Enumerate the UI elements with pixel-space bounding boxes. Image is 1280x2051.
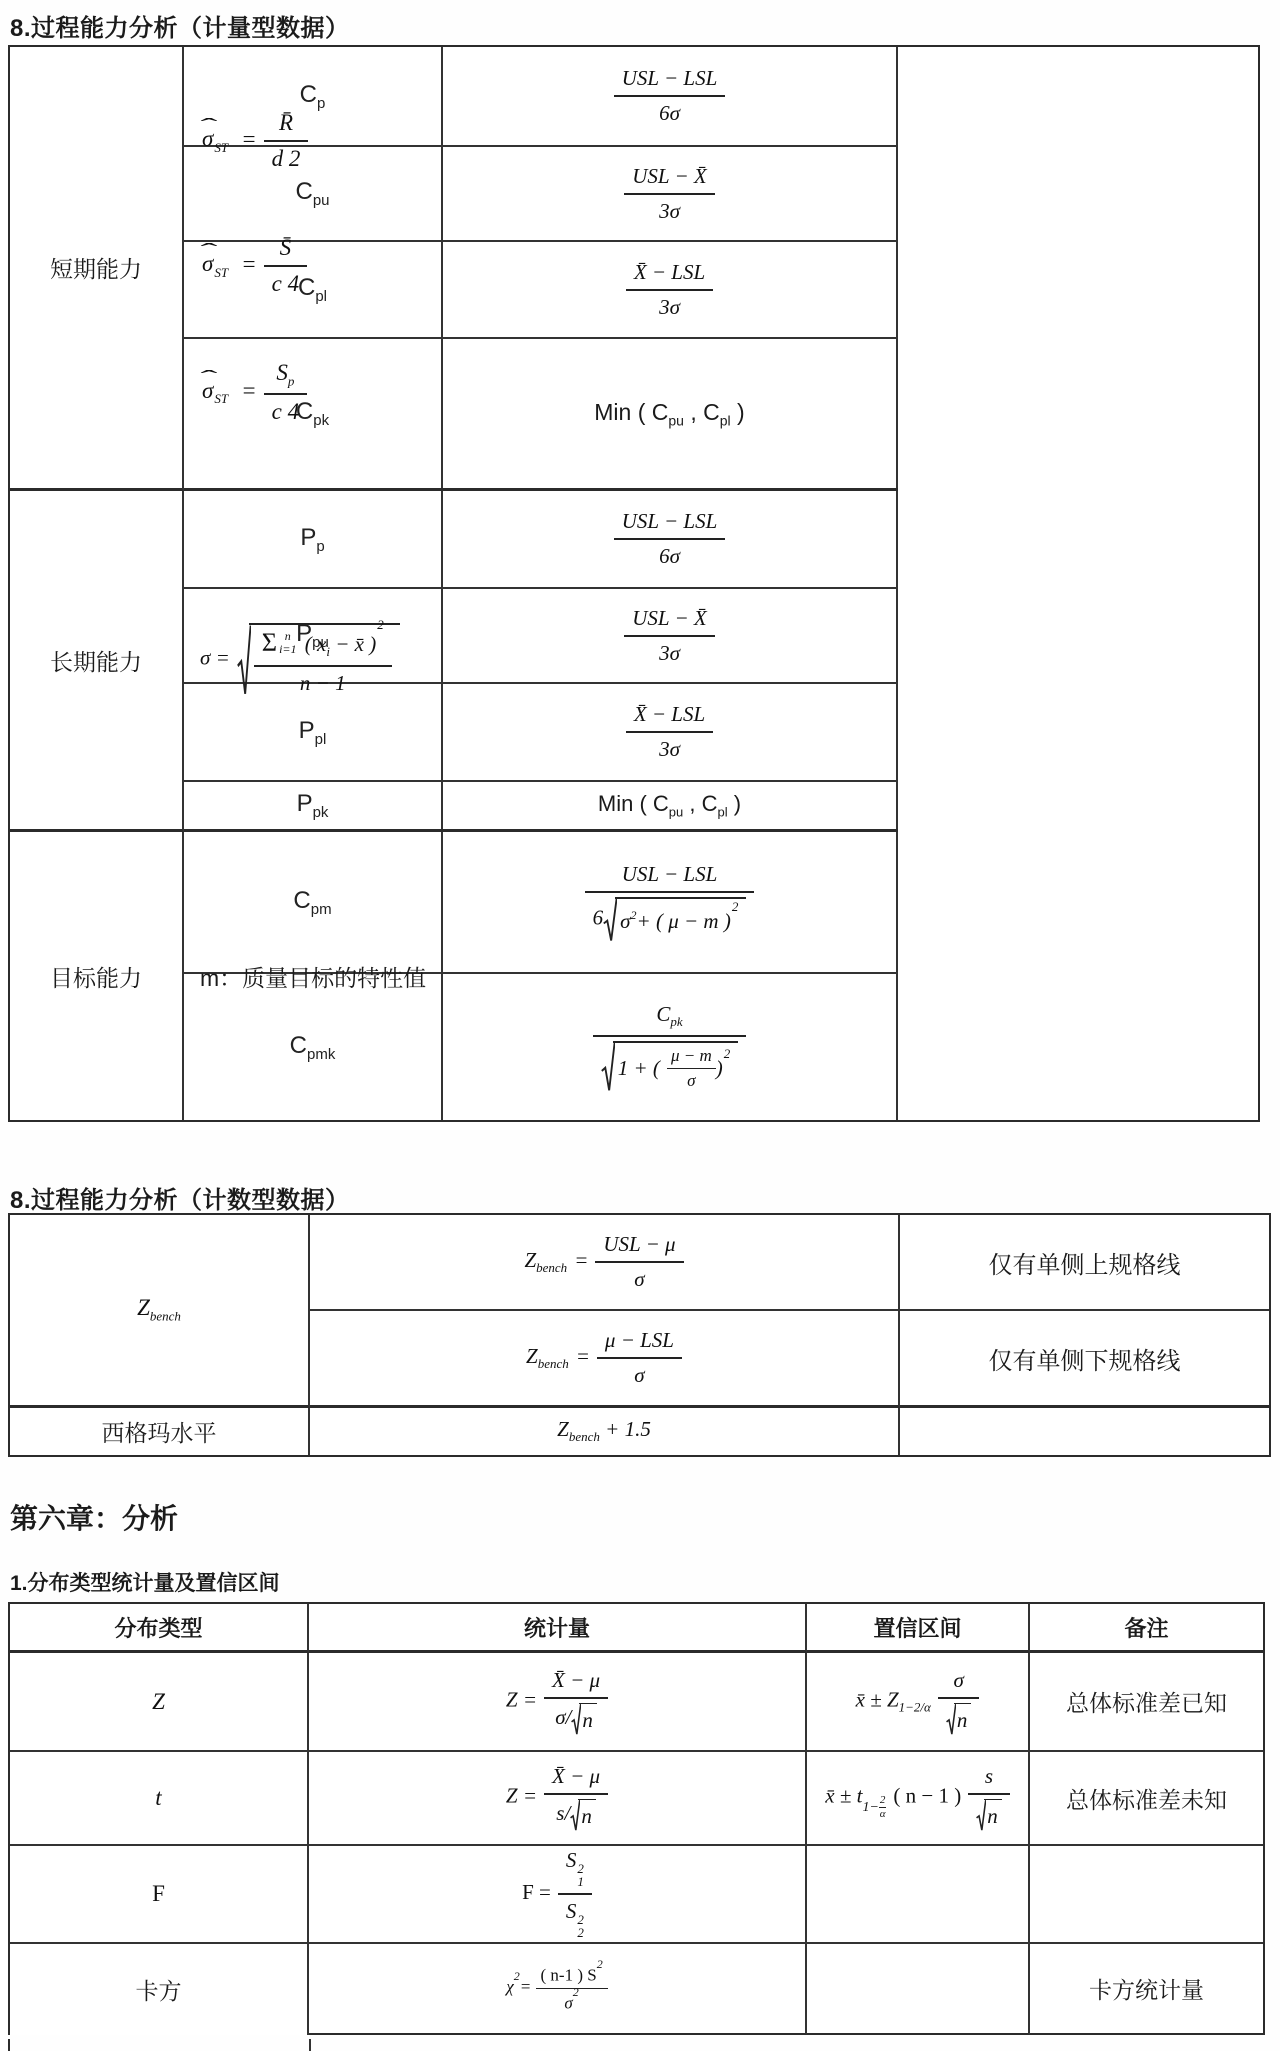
document-page: 8.过程能力分析（计量型数据） 短期能力 长期能力 目标能力 Cp Cpu Cp…: [0, 0, 1280, 2051]
formula-zbench-lower: Zbench=μ − LSLσ: [310, 1311, 900, 1408]
note-upper-spec: 仅有单侧上规格线: [900, 1215, 1269, 1311]
cutoff-row-stub: [8, 2039, 311, 2051]
sigma-st-estimators-cell: ˆσST=R̄d 2 ˆσST=S̄c 4 ˆσST=Spc 4: [184, 47, 898, 491]
ci-t: x̄ ± t1−2α( n − 1 )sn: [807, 1752, 1030, 1846]
row-header-long-term: 长期能力: [10, 491, 184, 832]
section-title-variable-data: 8.过程能力分析（计量型数据）: [10, 8, 350, 43]
col-header-remark: 备注: [1030, 1604, 1263, 1653]
note-chisquare: 卡方统计量: [1030, 1944, 1263, 2035]
sigma-st-sp-formula: ˆσST=Spc 4: [202, 360, 307, 426]
process-capability-attribute-table: Zbench Zbench=USL − μσ 仅有单侧上规格线 Zbench=μ…: [8, 1213, 1271, 1457]
formula-z-statistic: Z =X̄ − μσ/n: [309, 1653, 807, 1752]
formula-zbench-upper: Zbench=USL − μσ: [310, 1215, 900, 1311]
row-header-sigma-level: 西格玛水平: [10, 1408, 310, 1455]
note-t: 总体标准差未知: [1030, 1752, 1263, 1846]
section-title-attribute-data: 8.过程能力分析（计数型数据）: [10, 1180, 350, 1215]
m-note: m：质量目标的特性值: [200, 960, 426, 993]
note-z: 总体标准差已知: [1030, 1653, 1263, 1752]
col-header-confidence-interval: 置信区间: [807, 1604, 1030, 1653]
distribution-statistics-table: 分布类型 统计量 置信区间 备注 Z Z =X̄ − μσ/n x̄ ± Z1−…: [8, 1602, 1265, 2035]
note-lower-spec: 仅有单侧下规格线: [900, 1311, 1269, 1408]
chapter-title: 第六章：分析: [10, 1497, 178, 1537]
col-header-statistic: 统计量: [309, 1604, 807, 1653]
empty-cell: [1030, 1846, 1263, 1944]
row-header-zbench: Zbench: [10, 1215, 310, 1408]
empty-cell: [807, 1944, 1030, 2035]
subsection-title: 1.分布类型统计量及置信区间: [10, 1567, 280, 1597]
sigma-lt-formula: σ =Σni=1 ( xi − x̄ )2n − 1: [200, 623, 400, 696]
m-definition-cell: m：质量目标的特性值: [184, 832, 898, 1120]
row-header-short-term: 短期能力: [10, 47, 184, 491]
formula-sigma-level: Zbench + 1.5: [310, 1408, 900, 1455]
formula-chisquare: χ2= ( n-1 ) S2σ2: [309, 1944, 807, 2035]
row-label-f: F: [10, 1846, 309, 1944]
row-label-z: Z: [10, 1653, 309, 1752]
col-header-distribution-type: 分布类型: [10, 1604, 309, 1653]
sigma-lt-estimator-cell: σ =Σni=1 ( xi − x̄ )2n − 1: [184, 491, 898, 832]
row-label-t: t: [10, 1752, 309, 1846]
formula-t-statistic: Z =X̄ − μs/n: [309, 1752, 807, 1846]
empty-cell: [807, 1846, 1030, 1944]
sigma-st-sbar-formula: ˆσST=S̄c 4: [202, 235, 307, 297]
row-label-chisquare: 卡方: [10, 1944, 309, 2035]
row-header-target: 目标能力: [10, 832, 184, 1120]
process-capability-variable-table: 短期能力 长期能力 目标能力 Cp Cpu Cpl Cpk Pp Ppu Ppl…: [8, 45, 1260, 1122]
empty-cell: [900, 1408, 1269, 1455]
sigma-st-rbar-formula: ˆσST=R̄d 2: [202, 110, 308, 172]
ci-z: x̄ ± Z1−2/ασn: [807, 1653, 1030, 1752]
formula-f-statistic: F =S21S22: [309, 1846, 807, 1944]
